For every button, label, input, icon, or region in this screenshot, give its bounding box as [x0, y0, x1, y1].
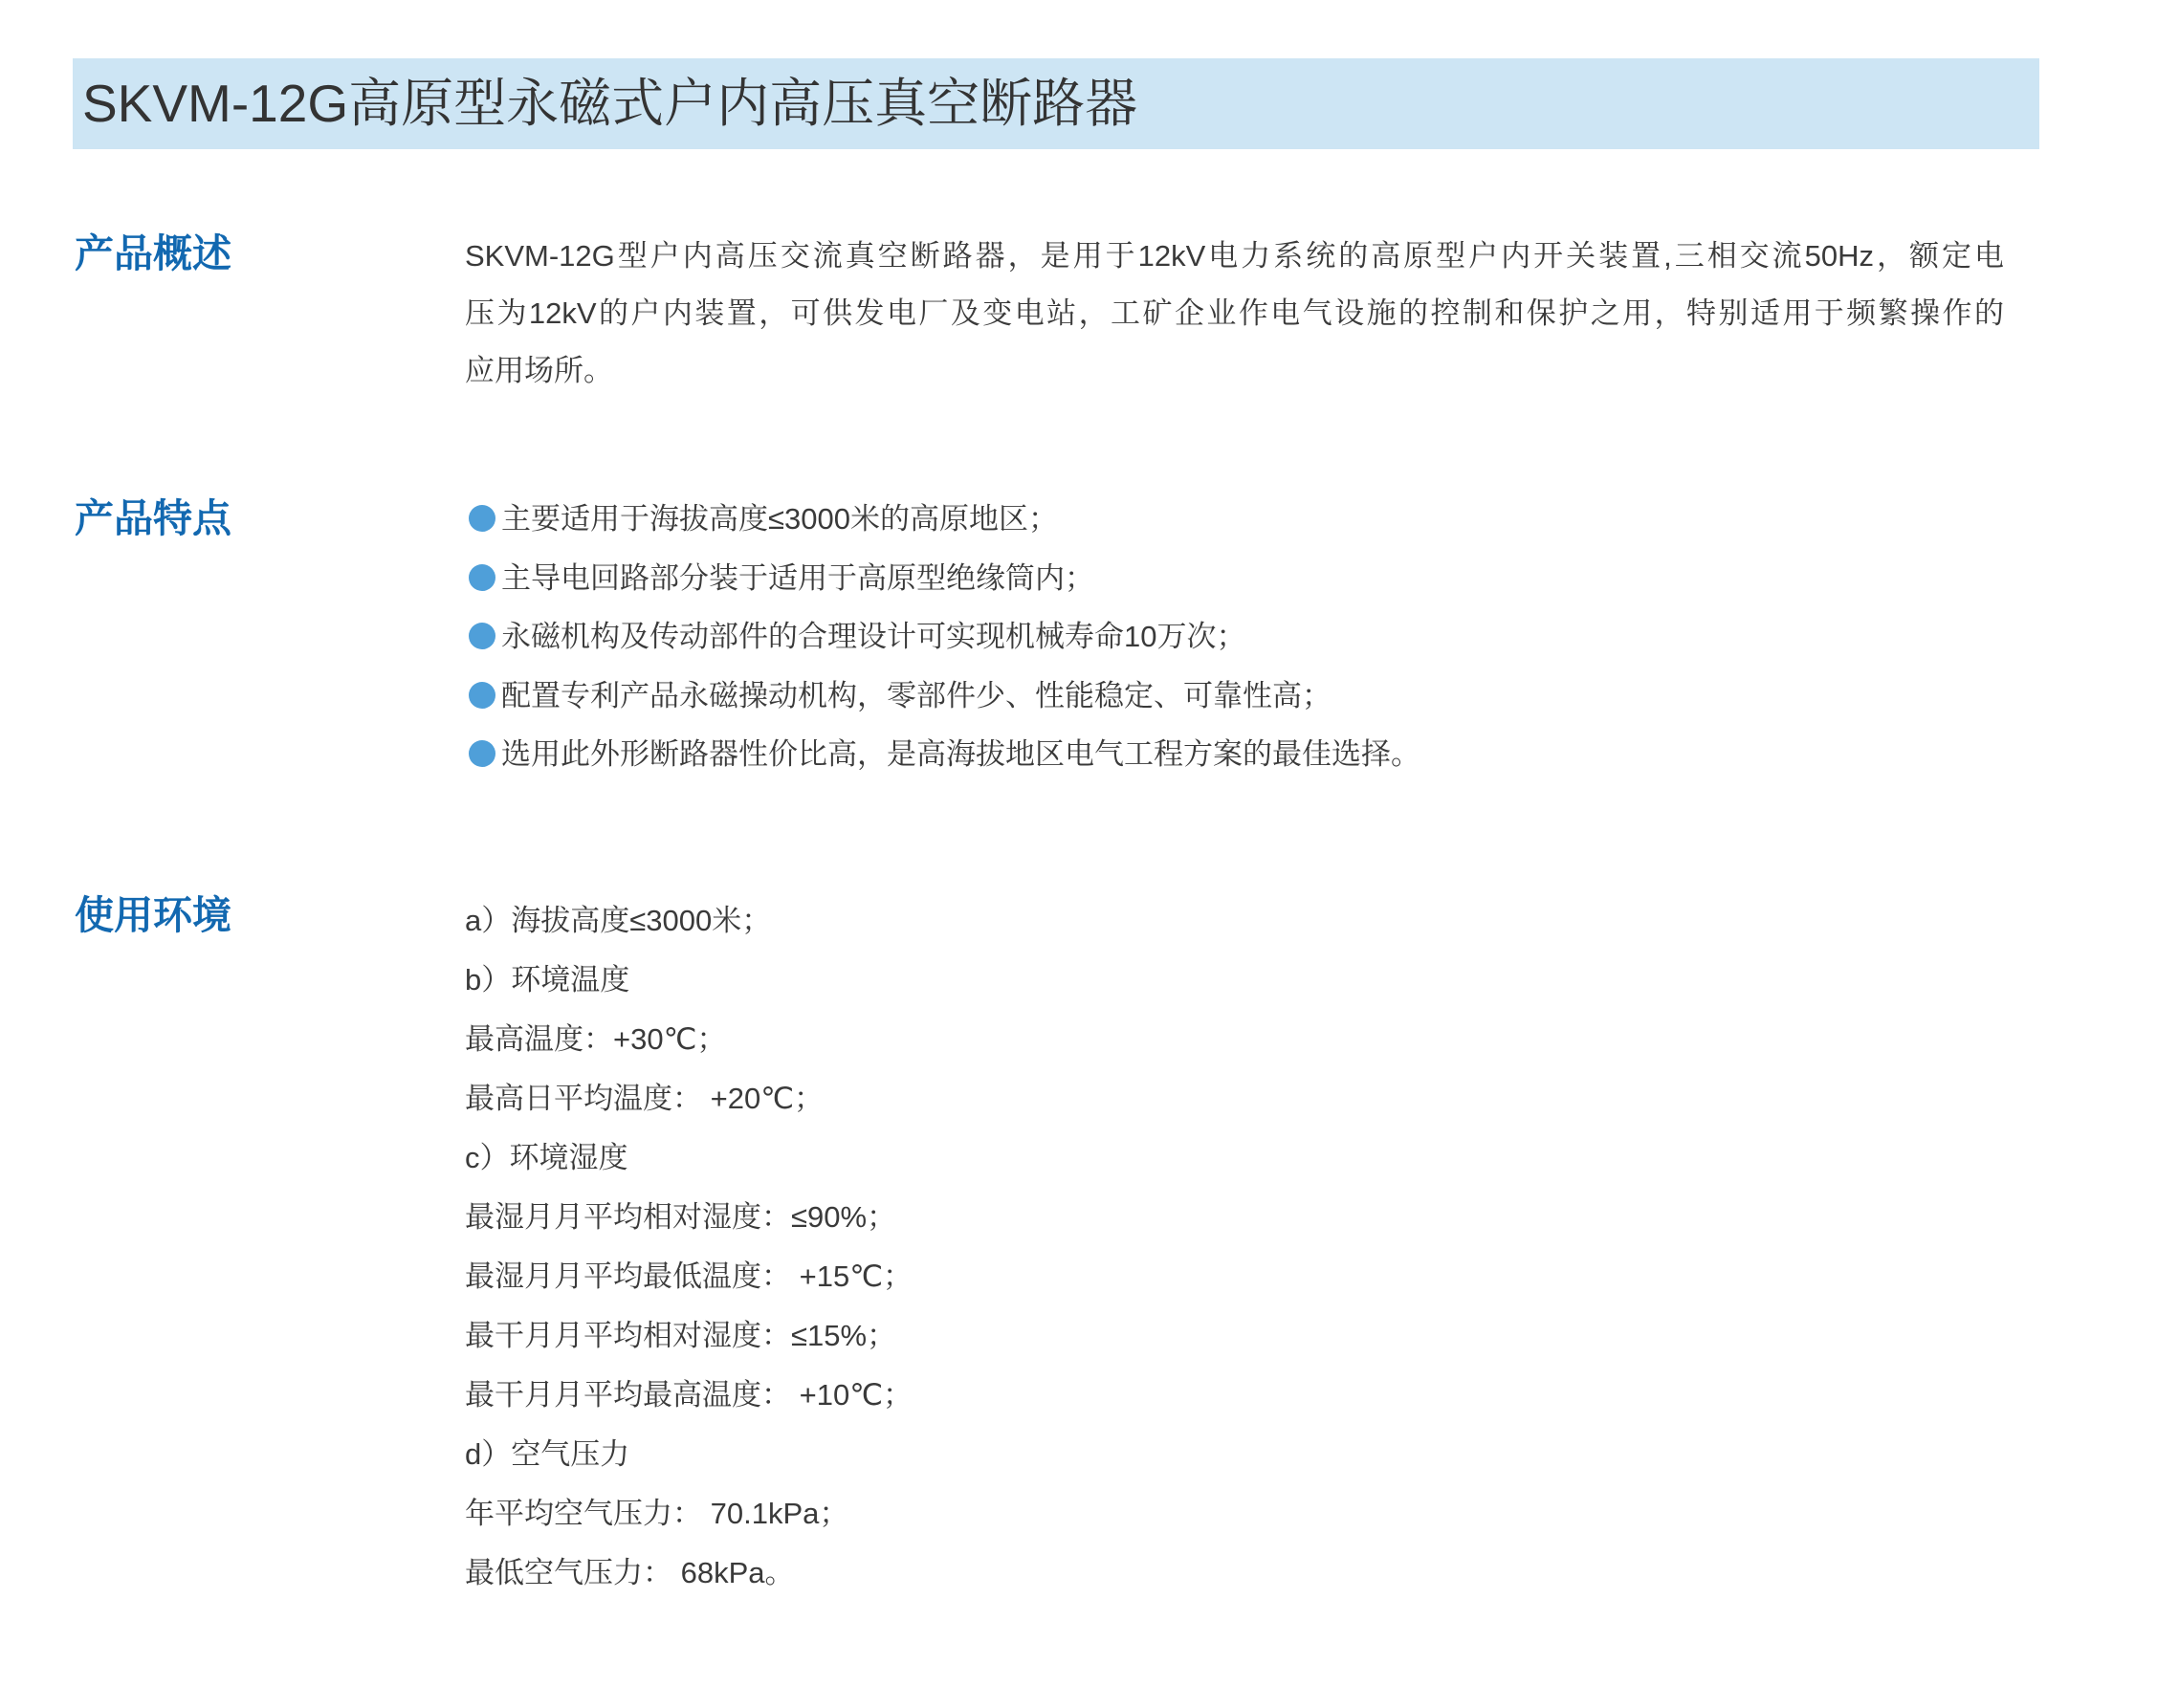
environment-line: 最高温度：+30℃； — [465, 1010, 913, 1069]
environment-line: c）环境湿度 — [465, 1128, 913, 1188]
feature-item: 选用此外形断路器性价比高，是高海拔地区电气工程方案的最佳选择。 — [469, 725, 1420, 784]
environment-line: 最高日平均温度： +20℃； — [465, 1069, 913, 1128]
bullet-dot-icon — [469, 682, 495, 709]
section-heading-features: 产品特点 — [75, 497, 231, 539]
overview-line: 应用场所。 — [465, 342, 2004, 400]
overview-paragraph: SKVM-12G型户内高压交流真空断路器，是用于12kV电力系统的高原型户内开关… — [465, 228, 2004, 400]
environment-line: 最干月月平均相对湿度：≤15%； — [465, 1306, 913, 1366]
environment-line: 最低空气压力： 68kPa。 — [465, 1544, 913, 1603]
title-band: SKVM-12G高原型永磁式户内高压真空断路器 — [73, 58, 2039, 149]
section-heading-overview: 产品概述 — [75, 232, 231, 274]
environment-line: d）空气压力 — [465, 1425, 913, 1484]
section-heading-environment: 使用环境 — [75, 894, 231, 936]
feature-text: 永磁机构及传动部件的合理设计可实现机械寿命10万次； — [501, 620, 1245, 653]
environment-line: 最湿月月平均最低温度： +15℃； — [465, 1247, 913, 1306]
feature-item: 主导电回路部分装于适用于高原型绝缘筒内； — [469, 549, 1420, 608]
feature-text: 主导电回路部分装于适用于高原型绝缘筒内； — [501, 561, 1094, 595]
environment-line: 年平均空气压力： 70.1kPa； — [465, 1484, 913, 1544]
feature-item: 配置专利产品永磁操动机构，零部件少、性能稳定、可靠性高； — [469, 667, 1420, 726]
environment-line: a）海拔高度≤3000米； — [465, 891, 913, 951]
environment-line: 最干月月平均最高温度： +10℃； — [465, 1366, 913, 1425]
environment-line: 最湿月月平均相对湿度：≤90%； — [465, 1188, 913, 1247]
feature-item: 永磁机构及传动部件的合理设计可实现机械寿命10万次； — [469, 607, 1420, 667]
bullet-dot-icon — [469, 740, 495, 767]
feature-text: 配置专利产品永磁操动机构，零部件少、性能稳定、可靠性高； — [501, 679, 1332, 712]
bullet-dot-icon — [469, 623, 495, 649]
overview-line: 压为12kV的户内装置，可供发电厂及变电站，工矿企业作电气设施的控制和保护之用，… — [465, 285, 2004, 342]
bullet-dot-icon — [469, 505, 495, 532]
feature-text: 主要适用于海拔高度≤3000米的高原地区； — [501, 502, 1058, 536]
catalog-page: { "page": { "title": "SKVM-12G高原型永磁式户内高压… — [0, 0, 2179, 1708]
overview-line: SKVM-12G型户内高压交流真空断路器，是用于12kV电力系统的高原型户内开关… — [465, 228, 2004, 285]
feature-item: 主要适用于海拔高度≤3000米的高原地区； — [469, 490, 1420, 549]
bullet-dot-icon — [469, 564, 495, 591]
environment-list: a）海拔高度≤3000米； b）环境温度 最高温度：+30℃； 最高日平均温度：… — [465, 891, 913, 1603]
feature-text: 选用此外形断路器性价比高，是高海拔地区电气工程方案的最佳选择。 — [501, 737, 1420, 771]
environment-line: b）环境温度 — [465, 951, 913, 1010]
features-list: 主要适用于海拔高度≤3000米的高原地区； 主导电回路部分装于适用于高原型绝缘筒… — [469, 490, 1420, 784]
page-title: SKVM-12G高原型永磁式户内高压真空断路器 — [73, 58, 2039, 149]
